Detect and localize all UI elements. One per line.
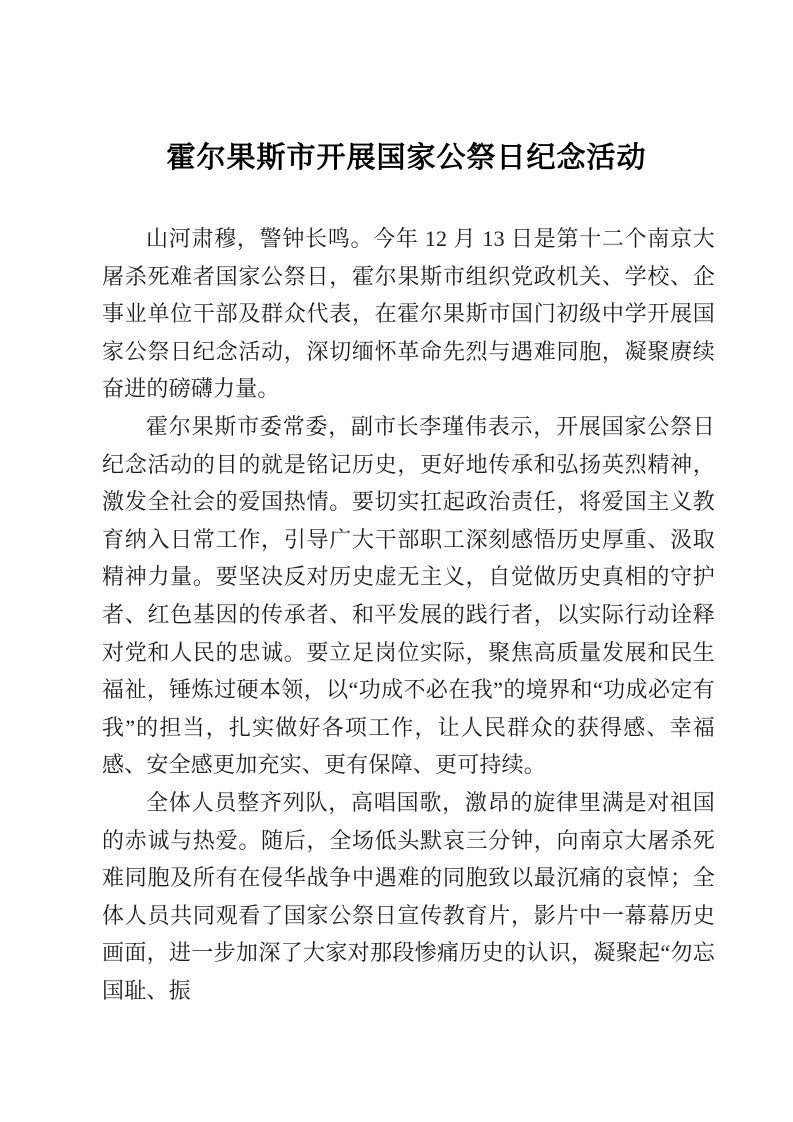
- document-body: 山河肃穆，警钟长鸣。今年 12 月 13 日是第十二个南京大屠杀死难者国家公祭日…: [102, 220, 715, 1009]
- page-title: 霍尔果斯市开展国家公祭日纪念活动: [100, 138, 713, 178]
- paragraph-2: 霍尔果斯市委常委，副市长李瑾伟表示，开展国家公祭日纪念活动的目的就是铭记历史，更…: [102, 408, 715, 784]
- paragraph-3: 全体人员整齐列队，高唱国歌，激昂的旋律里满是对祖国的赤诚与热爱。随后，全场低头默…: [102, 784, 715, 1010]
- paragraph-1: 山河肃穆，警钟长鸣。今年 12 月 13 日是第十二个南京大屠杀死难者国家公祭日…: [102, 220, 715, 408]
- document-page: 霍尔果斯市开展国家公祭日纪念活动 山河肃穆，警钟长鸣。今年 12 月 13 日是…: [0, 0, 793, 1122]
